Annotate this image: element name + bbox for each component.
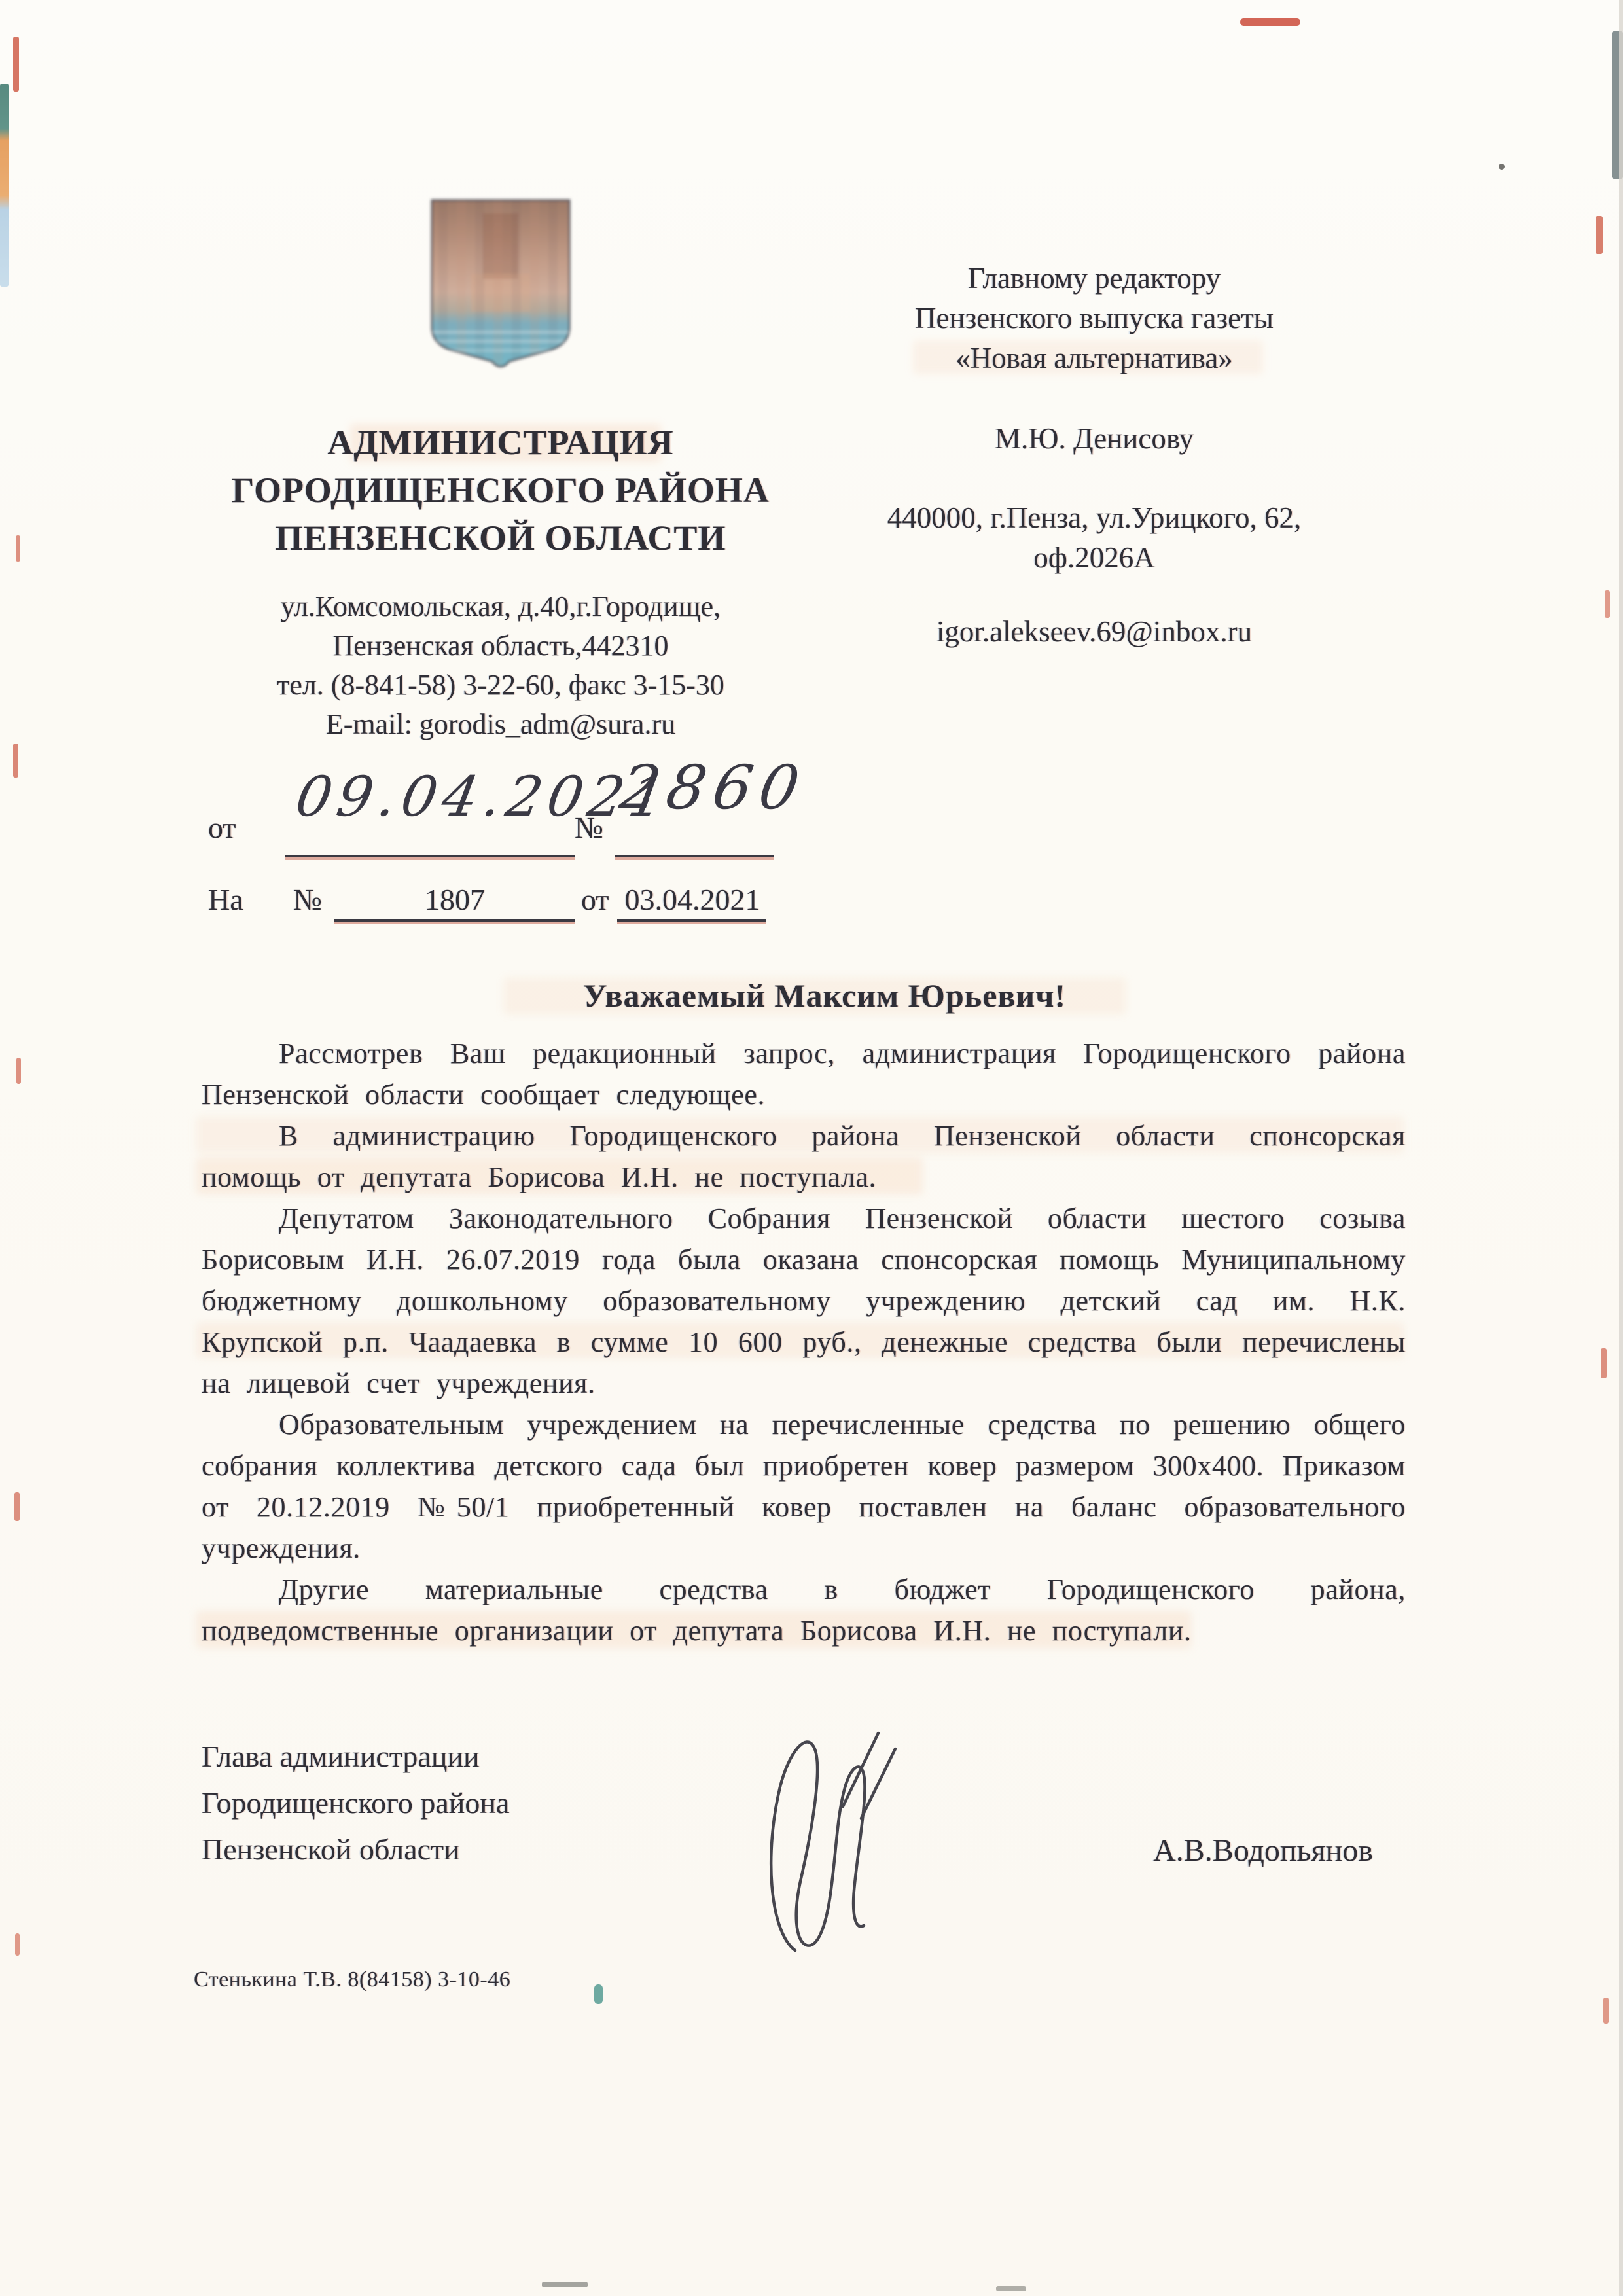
sender-org-line: ПЕНЗЕНСКОЙ ОБЛАСТИ: [98, 514, 903, 562]
ref-number-underline: [615, 855, 774, 857]
recipient-address: 440000, г.Пенза, ул.Урицкого, 62, оф.202…: [806, 498, 1382, 578]
sender-address-line: тел. (8-841-58) 3-22-60, факс 3-15-30: [98, 666, 903, 705]
scan-artifact-red-dash: [13, 744, 18, 778]
scan-artifact-gray-dash: [542, 2282, 588, 2287]
scan-artifact-red-dash: [15, 1933, 20, 1956]
executor-contact: Стенькина Т.В. 8(84158) 3-10-46: [194, 1967, 510, 1992]
scanned-letter-page: АДМИНИСТРАЦИЯ ГОРОДИЩЕНСКОГО РАЙОНА ПЕНЗ…: [0, 0, 1623, 2296]
body-paragraph: Депутатом Законодательного Собрания Пенз…: [202, 1198, 1406, 1404]
letter-body: Рассмотрев Ваш редакционный запрос, адми…: [202, 1033, 1406, 1651]
reply-on-label: На: [208, 882, 243, 917]
sender-org-name: АДМИНИСТРАЦИЯ ГОРОДИЩЕНСКОГО РАЙОНА ПЕНЗ…: [98, 419, 903, 562]
scan-artifact-speck: [594, 1984, 603, 2004]
ref-date-underline: [285, 855, 575, 857]
recipient-block: Главному редактору Пензенского выпуска г…: [806, 259, 1382, 652]
sender-address-line: Пензенская область,442310: [98, 626, 903, 666]
sender-org-line: ГОРОДИЩЕНСКОГО РАЙОНА: [98, 467, 903, 514]
body-paragraph: В администрацию Городищенского района Пе…: [202, 1115, 1406, 1198]
ref-from-label: от: [208, 810, 236, 845]
recipient-address-line: оф.2026А: [806, 538, 1382, 578]
reply-date-underline: [617, 919, 766, 922]
signer-title: Глава администрации Городищенского район…: [202, 1733, 509, 1873]
scan-artifact-red-dash: [16, 1058, 21, 1084]
ref-date-handwritten: 09.04.2021: [291, 764, 584, 829]
reply-date: 03.04.2021: [617, 882, 768, 917]
sender-address: ул.Комсомольская, д.40,г.Городище, Пензе…: [98, 587, 903, 744]
recipient-line: Пензенского выпуска газеты: [806, 298, 1382, 338]
signer-name: А.В.Водопьянов: [1106, 1833, 1420, 1869]
recipient-address-line: 440000, г.Пенза, ул.Урицкого, 62,: [806, 498, 1382, 538]
ref-number-handwritten: 2860: [615, 753, 788, 823]
recipient-line: Главному редактору: [806, 259, 1382, 298]
sender-address-line: ул.Комсомольская, д.40,г.Городище,: [98, 587, 903, 626]
body-paragraph: Другие материальные средства в бюджет Го…: [202, 1569, 1406, 1651]
signer-title-line: Пензенской области: [202, 1826, 509, 1873]
handwritten-signature-icon: [733, 1708, 942, 1957]
sender-email: E-mail: gorodis_adm@sura.ru: [98, 705, 903, 744]
scan-paper-edge: [1612, 31, 1623, 179]
salutation: Уважаемый Максим Юрьевич!: [20, 977, 1623, 1014]
scan-artifact-red-dash: [1601, 1348, 1607, 1378]
scan-artifact-red-dash: [1603, 1998, 1609, 2024]
scan-artifact-red-dash: [1240, 18, 1300, 26]
signer-title-line: Глава администрации: [202, 1733, 509, 1780]
body-paragraph: Образовательным учреждением на перечисле…: [202, 1404, 1406, 1569]
coat-of-arms-icon: [425, 196, 576, 378]
ref-number-label: №: [575, 810, 603, 845]
recipient-line: «Новая альтернатива»: [806, 338, 1382, 378]
body-paragraph: Рассмотрев Ваш редакционный запрос, адми…: [202, 1033, 1406, 1115]
scan-artifact-red-dash: [13, 37, 19, 92]
reply-number-label: №: [293, 882, 322, 917]
scan-edge-color-strip: [0, 84, 9, 287]
sender-block: АДМИНИСТРАЦИЯ ГОРОДИЩЕНСКОГО РАЙОНА ПЕНЗ…: [98, 419, 903, 744]
reply-number: 1807: [334, 882, 576, 917]
scan-artifact-red-dash: [1596, 216, 1603, 254]
scan-artifact-gray-dash: [996, 2286, 1026, 2291]
recipient-email: igor.alekseev.69@inbox.ru: [806, 612, 1382, 652]
signer-title-line: Городищенского района: [202, 1780, 509, 1826]
reply-from-label: от: [581, 882, 609, 917]
scan-artifact-red-dash: [16, 535, 20, 562]
scan-artifact-speck: [1499, 164, 1505, 170]
sender-org-line: АДМИНИСТРАЦИЯ: [98, 419, 903, 467]
scan-artifact-red-dash: [14, 1492, 20, 1521]
reply-number-underline: [334, 919, 575, 922]
scan-paper-edge: [1619, 0, 1623, 2296]
recipient-name: М.Ю. Денисову: [806, 419, 1382, 459]
scan-artifact-red-dash: [1605, 590, 1610, 618]
